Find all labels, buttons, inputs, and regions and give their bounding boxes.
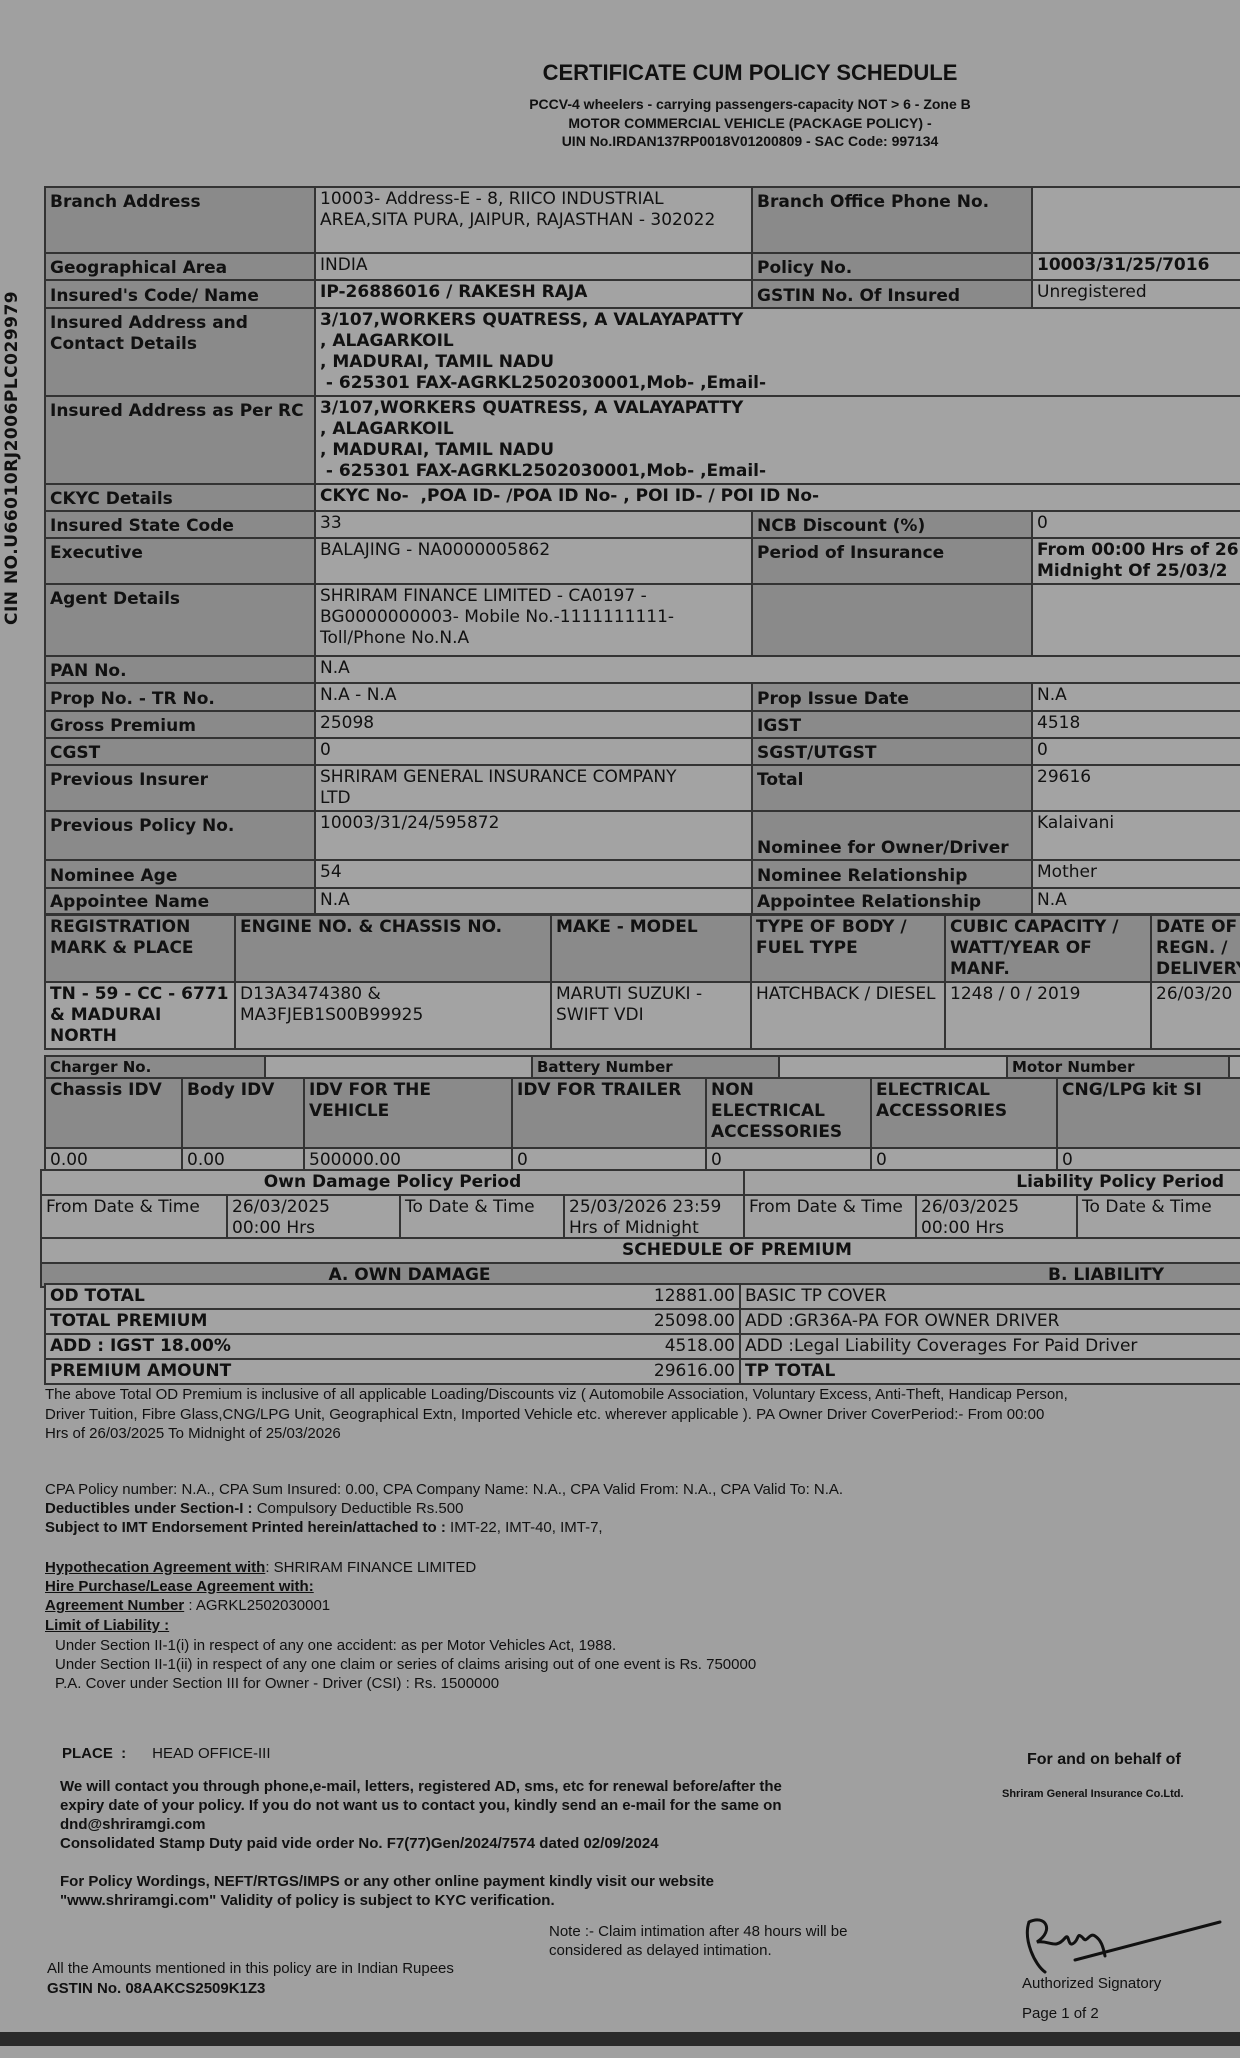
claim-note: considered as delayed intimation. <box>549 1941 772 1960</box>
motor-label: Motor Number <box>1007 1056 1229 1078</box>
agent-label: Agent Details <box>45 584 315 656</box>
company-name: Shriram General Insurance Co.Ltd. <box>1002 1785 1184 1804</box>
signature-icon <box>1015 1910 1225 1980</box>
od-from-label: From Date & Time <box>41 1195 227 1241</box>
appointee-rel-value: N.A <box>1032 888 1240 914</box>
empty-value <box>1032 584 1240 656</box>
vehicle-header: REGISTRATION MARK & PLACE <box>45 915 235 982</box>
limit-line: Under Section II-1(i) in respect of any … <box>55 1636 616 1655</box>
od-to-label: To Date & Time <box>400 1195 564 1241</box>
branch-address-value: 10003- Address-E - 8, RIICO INDUSTRIAL A… <box>315 187 752 253</box>
limit-line: Under Section II-1(ii) in respect of any… <box>55 1655 756 1674</box>
executive-label: Executive <box>45 538 315 584</box>
insured-address-label: Insured Address and Contact Details <box>45 308 315 396</box>
authorized-signatory: Authorized Signatory <box>1022 1974 1161 1993</box>
premium-rows-table: OD TOTAL 12881.00 BASIC TP COVER TOTAL P… <box>44 1283 1240 1385</box>
ncb-value: 0 <box>1032 511 1240 538</box>
total-value: 29616 <box>1032 765 1240 811</box>
schedule-title: SCHEDULE OF PREMIUM <box>41 1238 1240 1263</box>
dnd-email: dnd@shriramgi.com <box>60 1815 205 1834</box>
nominee-value: Kalaivani <box>1032 811 1240 860</box>
sgst-label: SGST/UTGST <box>752 738 1032 765</box>
geo-area-label: Geographical Area <box>45 253 315 280</box>
total-label: Total <box>752 765 1032 811</box>
vehicle-header: TYPE OF BODY / FUEL TYPE <box>751 915 945 982</box>
od-row-value: 29616.00 <box>580 1359 740 1384</box>
product-line: PCCV-4 wheelers - carrying passengers-ca… <box>400 96 1100 112</box>
idv-header: IDV FOR TRAILER <box>512 1078 706 1148</box>
ncb-label: NCB Discount (%) <box>752 511 1032 538</box>
branch-phone-label: Branch Office Phone No. <box>752 187 1032 253</box>
idv-table: Chassis IDV Body IDV IDV FOR THE VEHICLE… <box>44 1077 1240 1174</box>
body-fuel-value: HATCHBACK / DIESEL <box>751 982 945 1049</box>
on-behalf-of: For and on behalf of <box>1027 1750 1181 1769</box>
prev-policy-label: Previous Policy No. <box>45 811 315 860</box>
policy-details-table: Branch Address 10003- Address-E - 8, RII… <box>44 186 1240 915</box>
deductibles: Deductibles under Section-I : Compulsory… <box>45 1499 463 1518</box>
idv-header: Chassis IDV <box>45 1078 182 1148</box>
motor-value <box>1229 1056 1240 1078</box>
liab-row: ADD :Legal Liability Coverages For Paid … <box>740 1334 1240 1359</box>
gstin-insured-label: GSTIN No. Of Insured <box>752 280 1032 308</box>
vehicle-table: REGISTRATION MARK & PLACE ENGINE NO. & C… <box>44 914 1240 1050</box>
appointee-name-label: Appointee Name <box>45 888 315 914</box>
od-row-label: TOTAL PREMIUM <box>45 1309 580 1334</box>
od-note-line: Driver Tuition, Fibre Glass,CNG/LPG Unit… <box>45 1405 1044 1424</box>
vehicle-header: ENGINE NO. & CHASSIS NO. <box>235 915 551 982</box>
prop-issue-value: N.A <box>1032 683 1240 711</box>
rupees-note: All the Amounts mentioned in this policy… <box>47 1959 454 1978</box>
agreement-number: Agreement Number : AGRKL2502030001 <box>45 1596 330 1615</box>
pan-label: PAN No. <box>45 656 315 683</box>
prop-no-label: Prop No. - TR No. <box>45 683 315 711</box>
charger-label: Charger No. <box>45 1056 265 1078</box>
policy-wordings: "www.shriramgi.com" Validity of policy i… <box>60 1891 555 1910</box>
gross-premium-value: 25098 <box>315 711 752 738</box>
charger-value <box>265 1056 532 1078</box>
idv-header: Body IDV <box>182 1078 304 1148</box>
contact-note: We will contact you through phone,e-mail… <box>60 1777 782 1796</box>
vehicle-header: MAKE - MODEL <box>551 915 751 982</box>
prop-no-value: N.A - N.A <box>315 683 752 711</box>
idv-header: ELECTRICAL ACCESSORIES <box>871 1078 1057 1148</box>
liab-from-label: From Date & Time <box>744 1195 916 1241</box>
policy-no-value: 10003/31/25/7016 <box>1032 253 1240 280</box>
nominee-rel-value: Mother <box>1032 860 1240 888</box>
od-period-title: Own Damage Policy Period <box>41 1170 744 1195</box>
imt-endorsements: Subject to IMT Endorsement Printed herei… <box>45 1518 603 1537</box>
od-from-value: 26/03/202500:00 Hrs <box>227 1195 400 1241</box>
capacity-value: 1248 / 0 / 2019 <box>945 982 1151 1049</box>
engine-chassis-value: D13A3474380 & MA3FJEB1S00B99925 <box>235 982 551 1049</box>
document-title: CERTIFICATE CUM POLICY SCHEDULE <box>400 60 1100 86</box>
prev-insurer-value: SHRIRAM GENERAL INSURANCE COMPANY LTD <box>315 765 752 811</box>
pan-value: N.A <box>315 656 1240 683</box>
uin-line: UIN No.IRDAN137RP0018V01200809 - SAC Cod… <box>400 133 1100 149</box>
agent-value: SHRIRAM FINANCE LIMITED - CA0197 - BG000… <box>315 584 752 656</box>
idv-header: NON ELECTRICAL ACCESSORIES <box>706 1078 871 1148</box>
liab-row: ADD :GR36A-PA FOR OWNER DRIVER <box>740 1309 1240 1334</box>
od-row-label: OD TOTAL <box>45 1284 580 1309</box>
ckyc-value: CKYC No- ,POA ID- /POA ID No- , POI ID- … <box>315 484 1240 511</box>
place: PLACE :HEAD OFFICE-III <box>62 1744 271 1763</box>
liab-row: TP TOTAL <box>740 1359 1240 1384</box>
gstin-insured-value: Unregistered <box>1032 280 1240 308</box>
cgst-label: CGST <box>45 738 315 765</box>
stamp-duty: Consolidated Stamp Duty paid vide order … <box>60 1834 659 1853</box>
od-row-label: PREMIUM AMOUNT <box>45 1359 580 1384</box>
od-note-line: Hrs of 26/03/2025 To Midnight of 25/03/2… <box>45 1424 341 1443</box>
premium-schedule-table: SCHEDULE OF PREMIUM A. OWN DAMAGE B. LIA… <box>40 1237 1240 1288</box>
executive-value: BALAJING - NA0000005862 <box>315 538 752 584</box>
od-row-label: ADD : IGST 18.00% <box>45 1334 580 1359</box>
limit-line: P.A. Cover under Section III for Owner -… <box>55 1674 499 1693</box>
insured-code-value: IP-26886016 / RAKESH RAJA <box>315 280 752 308</box>
nominee-label: Nominee for Owner/Driver <box>752 811 1032 860</box>
igst-label: IGST <box>752 711 1032 738</box>
liability-period-title: Liability Policy Period <box>744 1170 1240 1195</box>
prev-insurer-label: Previous Insurer <box>45 765 315 811</box>
registration-value: TN - 59 - CC - 6771 & MADURAI NORTH <box>45 982 235 1049</box>
cgst-value: 0 <box>315 738 752 765</box>
od-note-line: The above Total OD Premium is inclusive … <box>45 1385 1068 1404</box>
insured-address-rc-label: Insured Address as Per RC <box>45 396 315 484</box>
idv-header: CNG/LPG kit SI <box>1057 1078 1240 1148</box>
gross-premium-label: Gross Premium <box>45 711 315 738</box>
limit-of-liability-heading: Limit of Liability : <box>45 1616 169 1635</box>
claim-note: Note :- Claim intimation after 48 hours … <box>549 1922 847 1941</box>
nominee-rel-label: Nominee Relationship <box>752 860 1032 888</box>
hire-purchase: Hire Purchase/Lease Agreement with: <box>45 1577 314 1596</box>
nominee-age-value: 54 <box>315 860 752 888</box>
vehicle-header: CUBIC CAPACITY / WATT/YEAR OF MANF. <box>945 915 1151 982</box>
liab-to-label: To Date & Time <box>1077 1195 1240 1241</box>
appointee-name-value: N.A <box>315 888 752 914</box>
cin-number: CIN NO.U66010RJ2006PLC029979 <box>2 255 24 660</box>
battery-value <box>779 1056 1007 1078</box>
make-model-value: MARUTI SUZUKI - SWIFT VDI <box>551 982 751 1049</box>
appointee-rel-label: Appointee Relationship <box>752 888 1032 914</box>
contact-note: expiry date of your policy. If you do no… <box>60 1796 782 1815</box>
state-code-value: 33 <box>315 511 752 538</box>
prev-policy-value: 10003/31/24/595872 <box>315 811 752 860</box>
policy-type-line: MOTOR COMMERCIAL VEHICLE (PACKAGE POLICY… <box>400 115 1100 131</box>
od-row-value: 4518.00 <box>580 1334 740 1359</box>
ckyc-label: CKYC Details <box>45 484 315 511</box>
policy-period-table: Own Damage Policy Period Liability Polic… <box>40 1169 1240 1242</box>
branch-address-label: Branch Address <box>45 187 315 253</box>
period-value: From 00:00 Hrs of 26 Midnight Of 25/03/2 <box>1032 538 1240 584</box>
od-to-value: 25/03/2026 23:59Hrs of Midnight <box>564 1195 744 1241</box>
ev-table: Charger No. Battery Number Motor Number <box>44 1055 1240 1079</box>
od-row-value: 12881.00 <box>580 1284 740 1309</box>
battery-label: Battery Number <box>532 1056 779 1078</box>
od-row-value: 25098.00 <box>580 1309 740 1334</box>
policy-wordings: For Policy Wordings, NEFT/RTGS/IMPS or a… <box>60 1872 714 1891</box>
hypothecation: Hypothecation Agreement with: SHRIRAM FI… <box>45 1558 476 1577</box>
idv-header: IDV FOR THE VEHICLE <box>304 1078 512 1148</box>
page-break-bar <box>0 2032 1240 2046</box>
liab-from-value: 26/03/202500:00 Hrs <box>916 1195 1077 1241</box>
cpa-details: CPA Policy number: N.A., CPA Sum Insured… <box>45 1480 843 1499</box>
insured-address-value: 3/107,WORKERS QUATRESS, A VALAYAPATTY , … <box>315 308 1240 396</box>
branch-phone-value <box>1032 187 1240 253</box>
page-number: Page 1 of 2 <box>1022 2004 1099 2023</box>
company-gstin: GSTIN No. 08AAKCS2509K1Z3 <box>47 1979 265 1998</box>
liab-row: BASIC TP COVER <box>740 1284 1240 1309</box>
prop-issue-label: Prop Issue Date <box>752 683 1032 711</box>
sgst-value: 0 <box>1032 738 1240 765</box>
igst-value: 4518 <box>1032 711 1240 738</box>
geo-area-value: INDIA <box>315 253 752 280</box>
period-label: Period of Insurance <box>752 538 1032 584</box>
insured-address-rc-value: 3/107,WORKERS QUATRESS, A VALAYAPATTY , … <box>315 396 1240 484</box>
nominee-age-label: Nominee Age <box>45 860 315 888</box>
empty-label <box>752 584 1032 656</box>
insured-code-label: Insured's Code/ Name <box>45 280 315 308</box>
regn-date-value: 26/03/20 <box>1151 982 1240 1049</box>
policy-no-label: Policy No. <box>752 253 1032 280</box>
vehicle-header: DATE OF REGN. / DELIVERY <box>1151 915 1240 982</box>
state-code-label: Insured State Code <box>45 511 315 538</box>
